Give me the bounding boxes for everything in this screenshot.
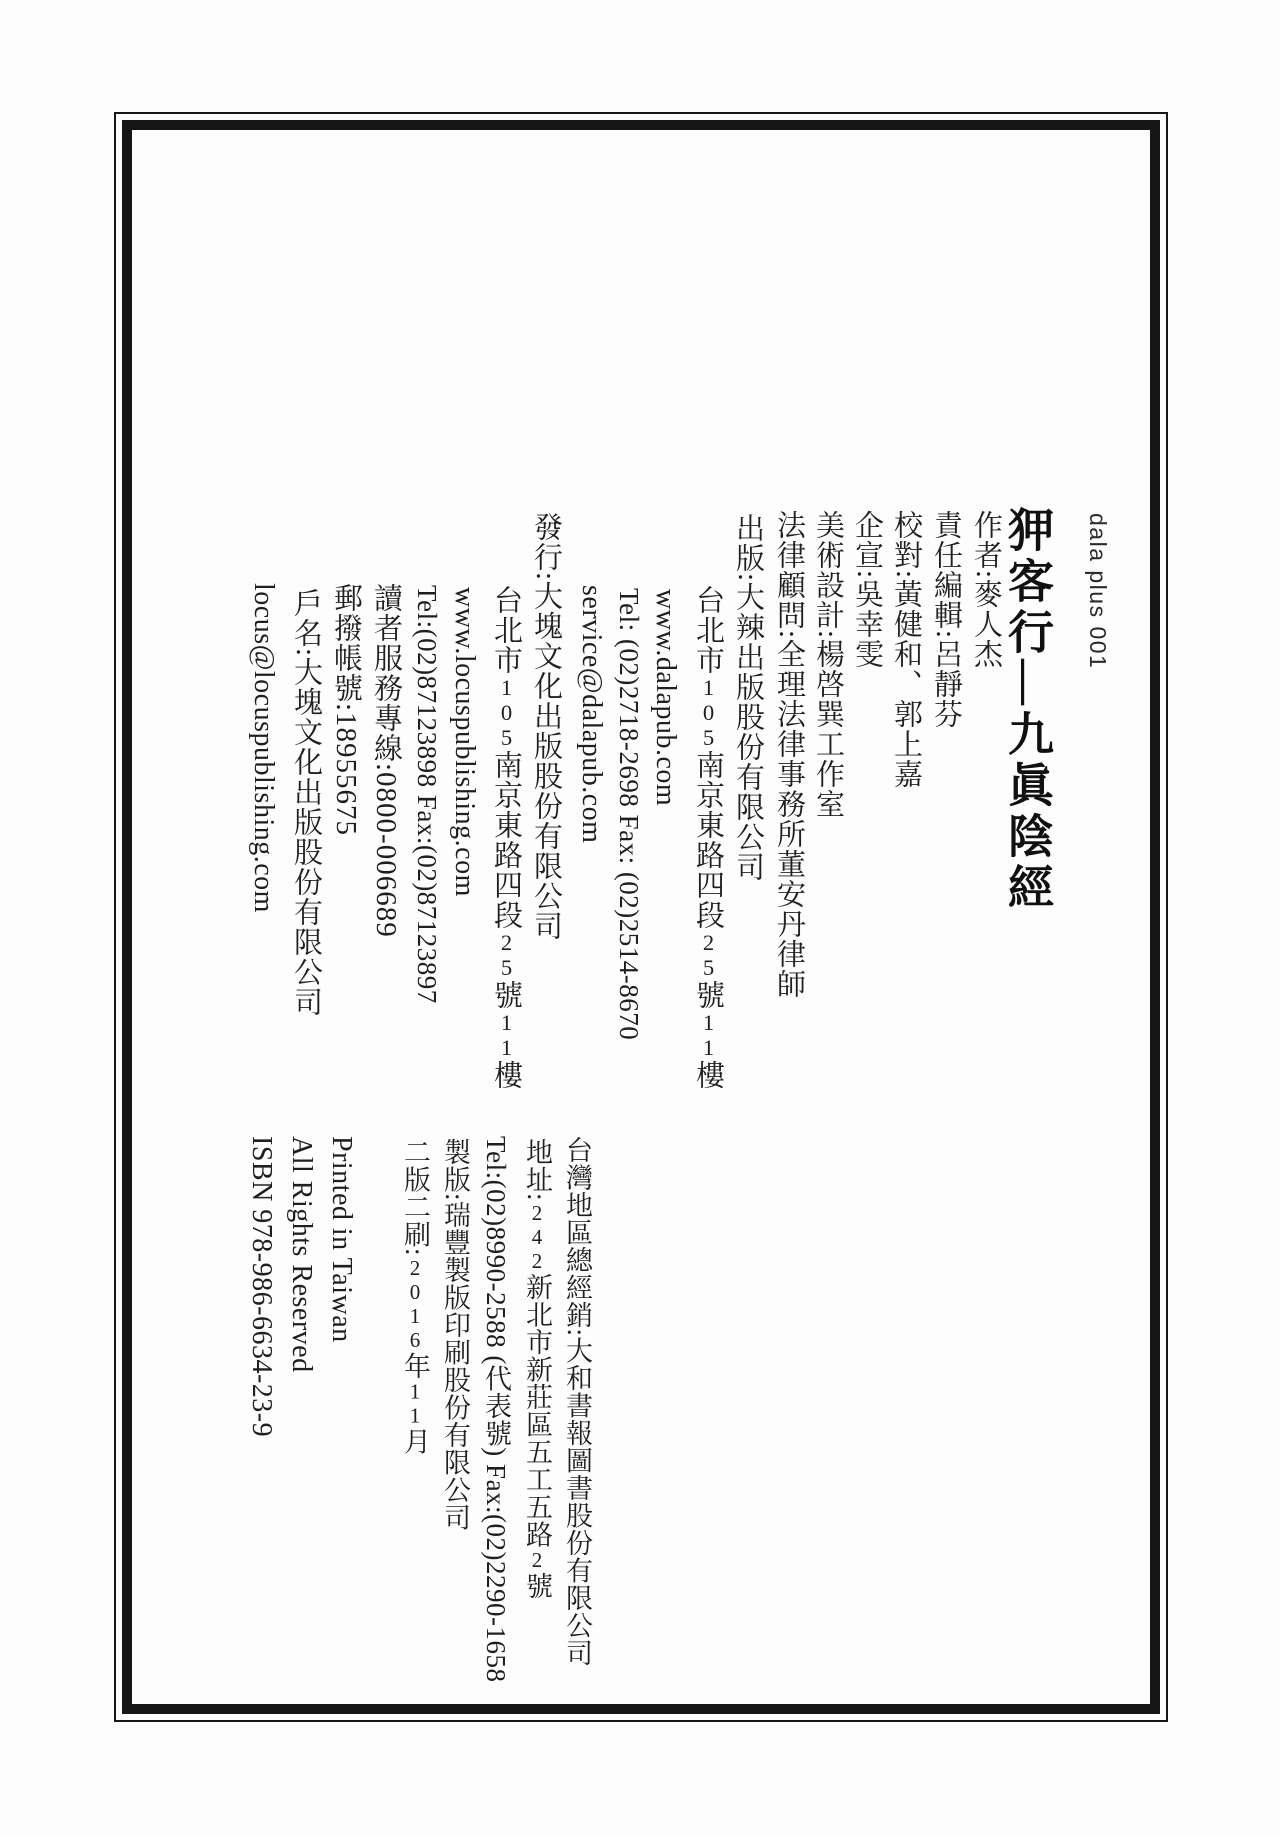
- publisher: 出版:大辣出版股份有限公司: [733, 513, 762, 882]
- proofreaders: 校對:黃健和、郭上嘉: [891, 510, 920, 789]
- publisher-address: 台北市105南京東路四段25號11樓: [693, 585, 722, 1090]
- printed-in: Printed in Taiwan: [327, 1136, 355, 1343]
- distributor: 發行:大塊文化出版股份有限公司: [531, 512, 560, 941]
- isbn: ISBN 978-986-6634-23-9: [247, 1136, 275, 1437]
- marketing: 企宣:吳幸雯: [852, 510, 881, 669]
- chief-editor: 責任編輯:呂靜芬: [931, 510, 960, 729]
- agent-address: 地址:242新北市新莊區五工五路2號: [523, 1138, 550, 1600]
- legal-counsel: 法律顧問:全理法律事務所董安丹律師: [774, 510, 803, 999]
- reader-service-line: 讀者服務專線:0800-006689: [371, 583, 400, 938]
- art-design: 美術設計:楊啓巽工作室: [813, 510, 842, 819]
- publisher-phone: Tel: (02)2718-2698 Fax: (02)2514-8670: [615, 588, 642, 1040]
- distributor-website: www.locuspublishing.com: [450, 587, 478, 897]
- account-name: 戶名:大塊文化出版股份有限公司: [291, 588, 320, 1017]
- distributor-address: 台北市105南京東路四段25號11樓: [491, 585, 520, 1090]
- publisher-website: www.dalapub.com: [651, 589, 679, 806]
- distributor-phone: Tel:(02)87123898 Fax:(02)87123897: [413, 585, 440, 1004]
- distributor-email: locus@locuspublishing.com: [249, 583, 277, 913]
- publisher-email: service@dalapub.com: [577, 585, 605, 843]
- edition-printing: 二版二刷:2016年11月: [401, 1138, 428, 1455]
- rights: All Rights Reserved: [287, 1136, 315, 1373]
- plate-printing: 製版:瑞豐製版印刷股份有限公司: [441, 1138, 468, 1531]
- agent-phone: Tel:(02)8990-2588 (代表號) Fax:(02)2290-165…: [482, 1136, 509, 1683]
- taiwan-agent: 台灣地區總經銷:大和書報圖書股份有限公司: [563, 1136, 590, 1667]
- author: 作者:麥人杰: [971, 510, 1000, 669]
- series-code: dala plus 001: [1086, 513, 1109, 669]
- postal-account-number: 郵撥帳號:18955675: [331, 583, 360, 836]
- book-title: 狎客行—九眞陰經: [1004, 506, 1050, 914]
